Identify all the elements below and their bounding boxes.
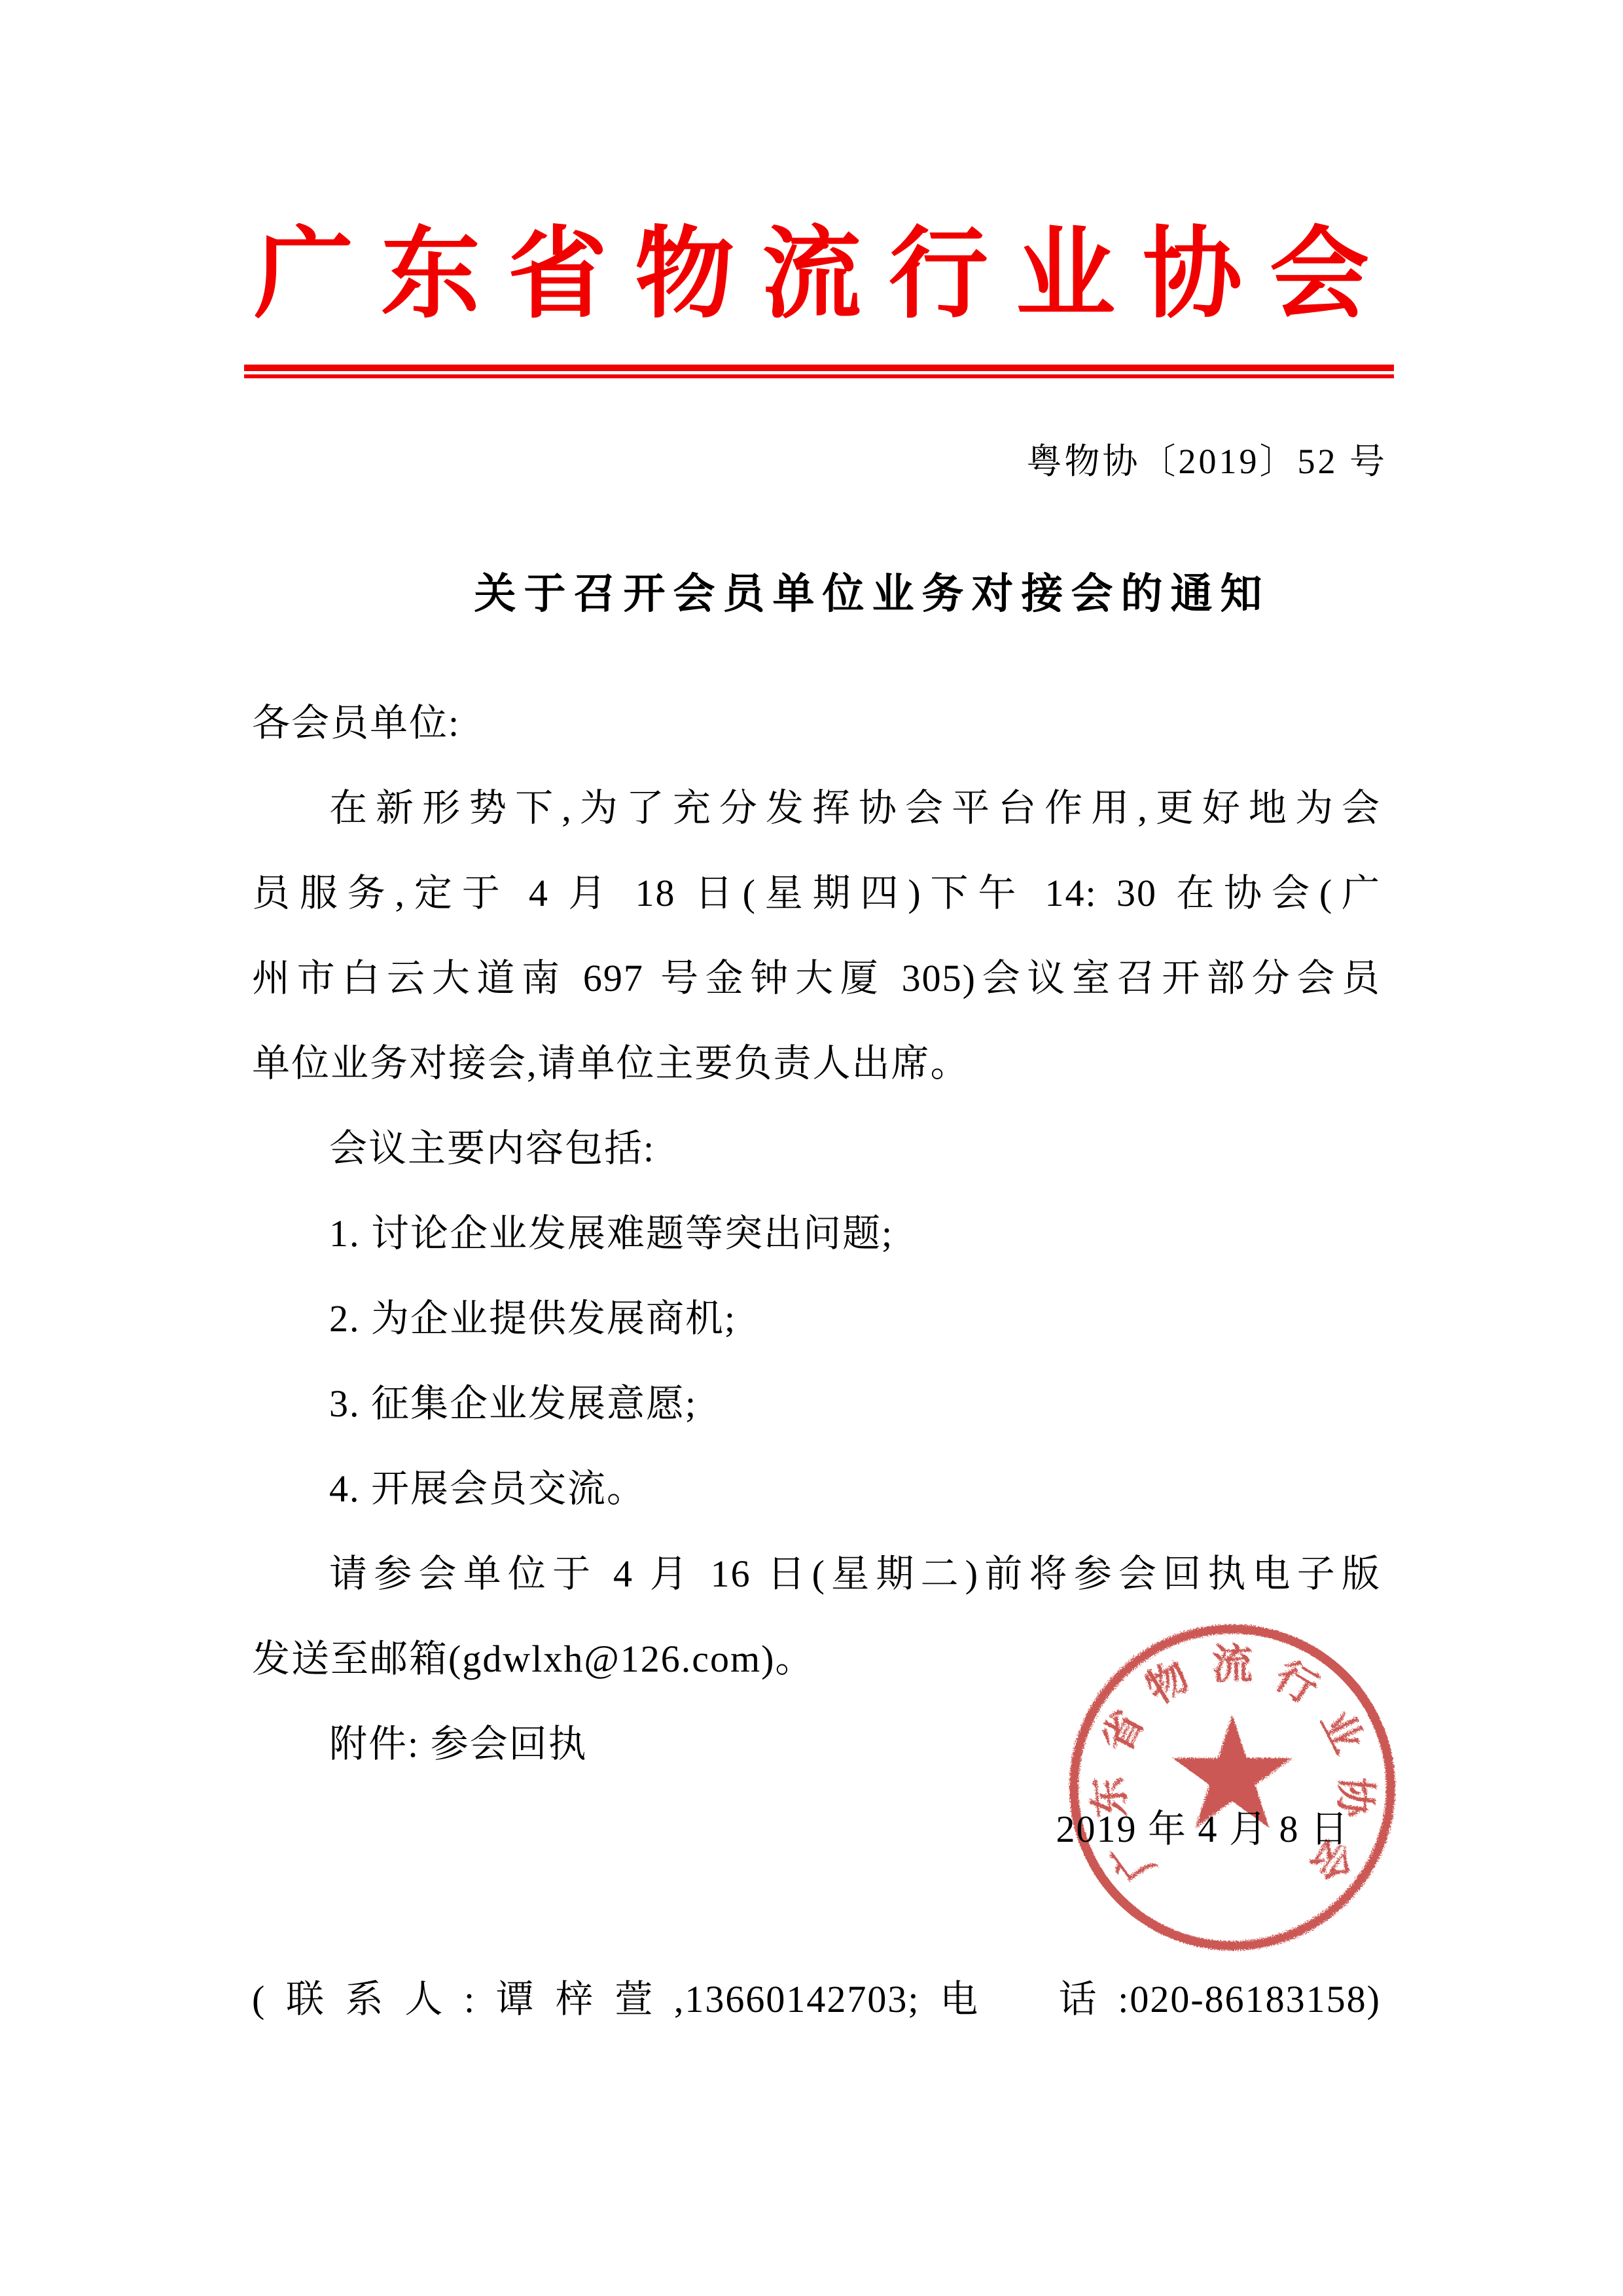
body-line: 在新形势下,为了充分发挥协会平台作用,更好地为会: [252, 766, 1381, 851]
salutation-line: 各会员单位:: [252, 681, 1381, 766]
notice-body: 各会员单位: 在新形势下,为了充分发挥协会平台作用,更好地为会 员服务,定于 4…: [252, 681, 1381, 2042]
notice-document: 广东省物流行业协会 粤物协〔2019〕52 号 关于召开会员单位业务对接会的通知…: [0, 0, 1623, 2296]
contact-line: (联系人:谭梓萱,13660142703;电 话:020-86183158): [252, 1957, 1381, 2042]
list-item-2: 2. 为企业提供发展商机;: [252, 1276, 1381, 1361]
body-line: 请参会单位于 4 月 16 日(星期二)前将参会回执电子版: [252, 1532, 1381, 1617]
body-line: 单位业务对接会,请单位主要负责人出席。: [252, 1021, 1381, 1106]
body-line: 州市白云大道南 697 号金钟大厦 305)会议室召开部分会员: [252, 936, 1381, 1021]
list-item-1: 1. 讨论企业发展难题等突出问题;: [252, 1191, 1381, 1276]
letterhead-rule-thin: [244, 374, 1394, 378]
list-item-3: 3. 征集企业发展意愿;: [252, 1361, 1381, 1446]
date-line: 2019 年 4 月 8 日: [252, 1787, 1381, 1872]
letterhead-rule-thick: [244, 365, 1394, 371]
spacer-line: [252, 1872, 1381, 1957]
letterhead-title: 广东省物流行业协会: [0, 208, 1623, 342]
body-line: 员服务,定于 4 月 18 日(星期四)下午 14: 30 在协会(广: [252, 851, 1381, 936]
document-number: 粤物协〔2019〕52 号: [1027, 433, 1388, 484]
body-line: 会议主要内容包括:: [252, 1106, 1381, 1191]
list-item-4: 4. 开展会员交流。: [252, 1446, 1381, 1532]
attachment-line: 附件: 参会回执: [252, 1702, 1381, 1787]
notice-title: 关于召开会员单位业务对接会的通知: [252, 560, 1381, 620]
email-line: 发送至邮箱(gdwlxh@126.com)。: [252, 1617, 1381, 1702]
